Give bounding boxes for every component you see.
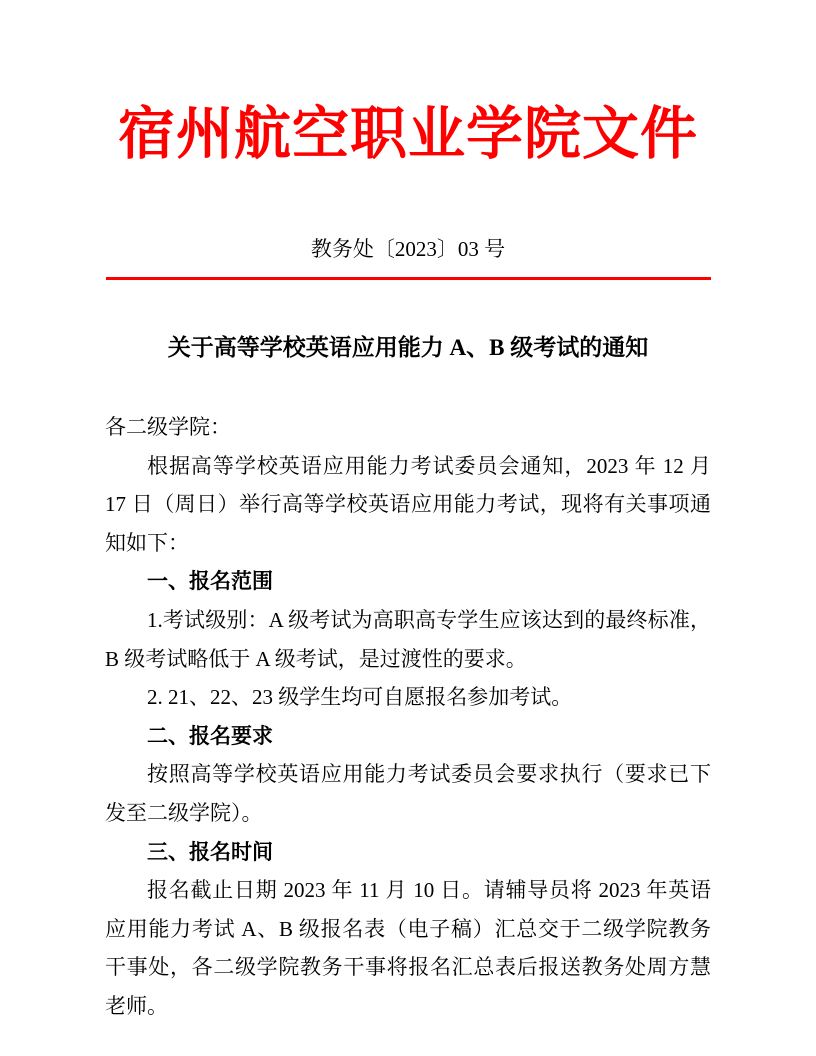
section-3-paragraph: 报名截止日期 2023 年 11 月 10 日。请辅导员将 2023 年英语应用…: [105, 871, 711, 1025]
intro-paragraph: 根据高等学校英语应用能力考试委员会通知，2023 年 12 月 17 日（周日）…: [105, 447, 711, 563]
section-1-item-2: 2. 21、22、23 级学生均可自愿报名参加考试。: [105, 678, 711, 717]
document-title: 关于高等学校英语应用能力 A、B 级考试的通知: [0, 329, 816, 362]
doc-number: 教务处〔2023〕03 号: [0, 233, 816, 263]
section-2-paragraph: 按照高等学校英语应用能力考试委员会要求执行（要求已下发至二级学院）。: [105, 755, 711, 832]
salutation: 各二级学院：: [105, 408, 711, 447]
section-1-item-1: 1.考试级别：A 级考试为高职高专学生应该达到的最终标准，B 级考试略低于 A …: [105, 601, 711, 678]
section-heading-3: 三、报名时间: [105, 833, 711, 872]
red-divider-rule: [106, 277, 711, 280]
document-page: 宿州航空职业学院文件 教务处〔2023〕03 号 关于高等学校英语应用能力 A、…: [0, 0, 816, 1056]
section-heading-2: 二、报名要求: [105, 717, 711, 756]
document-body: 各二级学院： 根据高等学校英语应用能力考试委员会通知，2023 年 12 月 1…: [105, 408, 711, 1026]
section-heading-1: 一、报名范围: [105, 562, 711, 601]
org-title: 宿州航空职业学院文件: [0, 88, 816, 170]
